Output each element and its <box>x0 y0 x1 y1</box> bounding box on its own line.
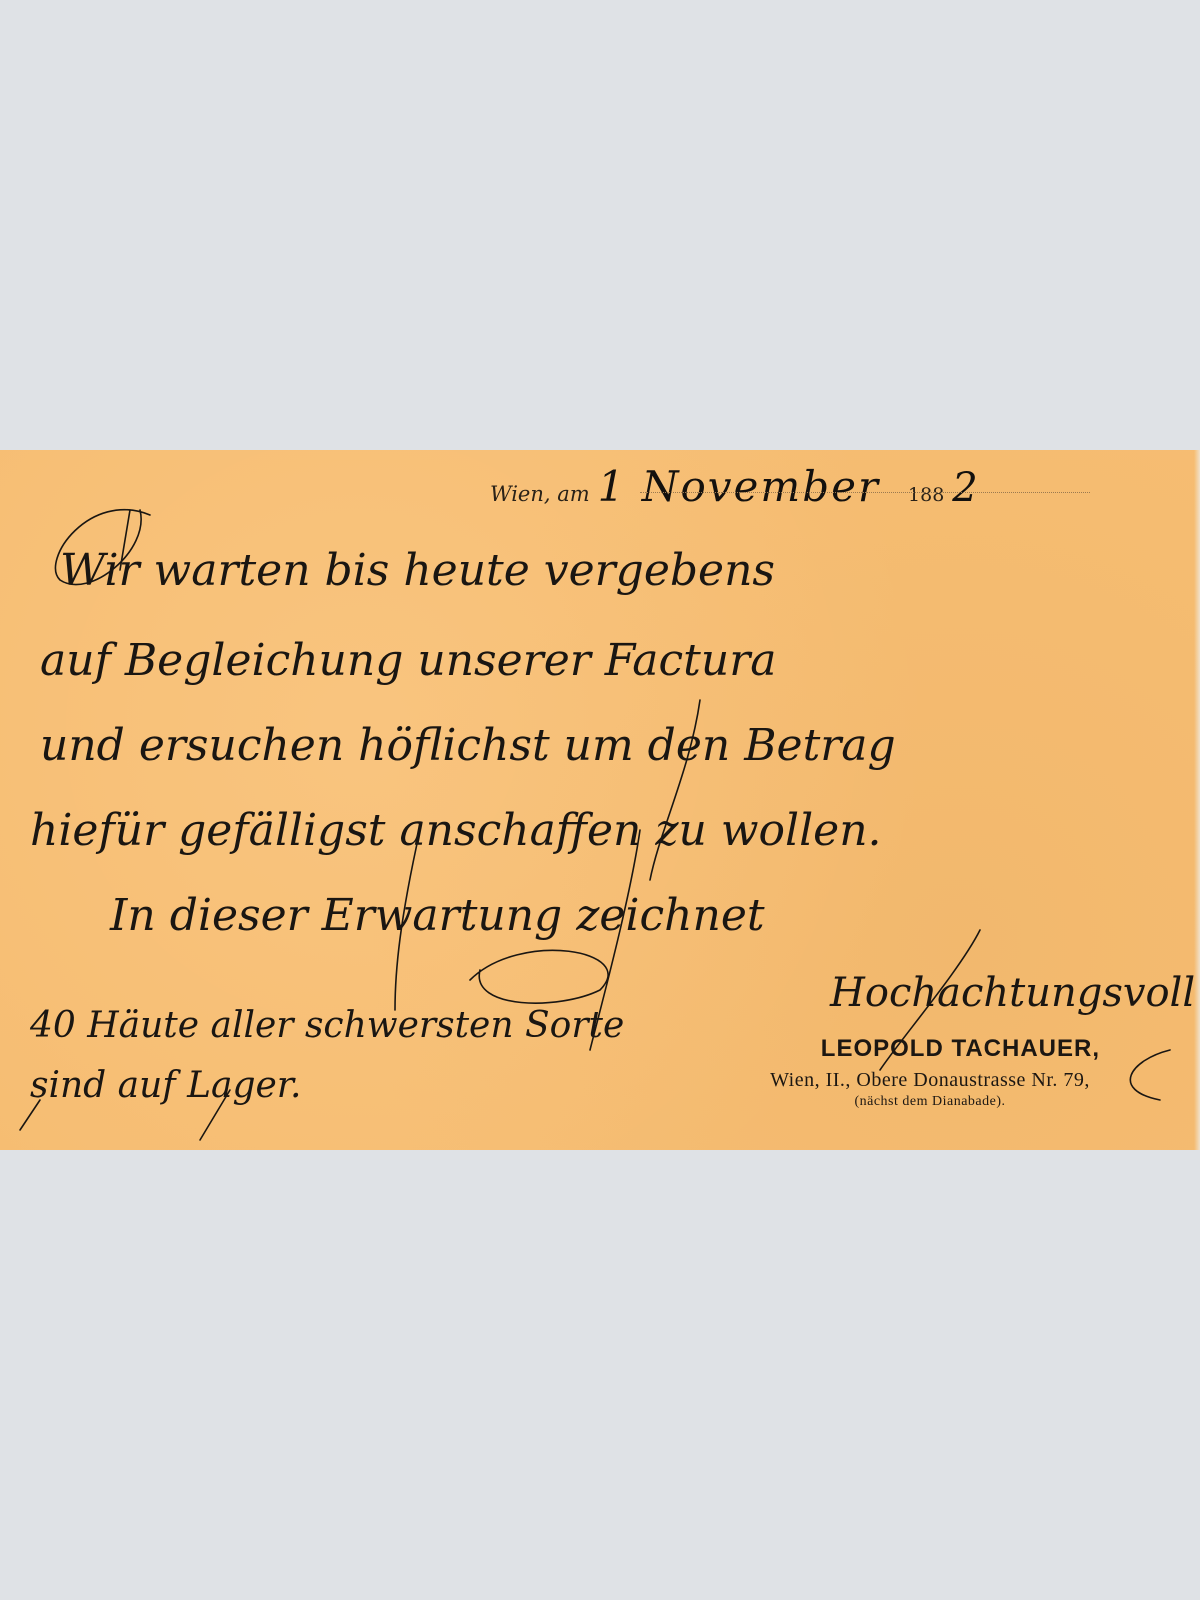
handwritten-year-digit: 2 <box>952 465 977 511</box>
letter-line-4: hiefür gefälligst anschaffen zu wollen. <box>30 805 882 856</box>
letter-line-2: auf Begleichung unserer Factura <box>40 635 776 686</box>
postcard: Wien, am 1 November 188 2 Wir warten bis… <box>0 450 1200 1150</box>
handwritten-date: 1 November <box>598 462 880 511</box>
dateline: Wien, am 1 November 188 2 <box>490 462 978 511</box>
letter-line-1: Wir warten bis heute vergebens <box>60 545 775 596</box>
company-location-note: (nächst dem Dianabade). <box>700 1094 1160 1110</box>
signature: Hochachtungsvoll <box>830 970 1195 1016</box>
date-dotted-line <box>640 492 1090 493</box>
company-name: LEOPOLD TACHAUER, <box>700 1035 1160 1063</box>
letter-line-5: In dieser Erwartung zeichnet <box>110 890 765 941</box>
card-edge <box>1194 450 1200 1150</box>
letter-line-3: und ersuchen höflichst um den Betrag <box>40 720 896 771</box>
printed-year-prefix: 188 <box>908 484 944 506</box>
postscript-line-2: sind auf Lager. <box>30 1065 302 1106</box>
postscript-line-1: 40 Häute aller schwersten Sorte <box>30 1005 624 1046</box>
printed-place: Wien, am <box>490 482 590 506</box>
letterhead-stamp: LEOPOLD TACHAUER, Wien, II., Obere Donau… <box>700 1035 1160 1110</box>
company-address: Wien, II., Obere Donaustrasse Nr. 79, <box>700 1069 1160 1092</box>
